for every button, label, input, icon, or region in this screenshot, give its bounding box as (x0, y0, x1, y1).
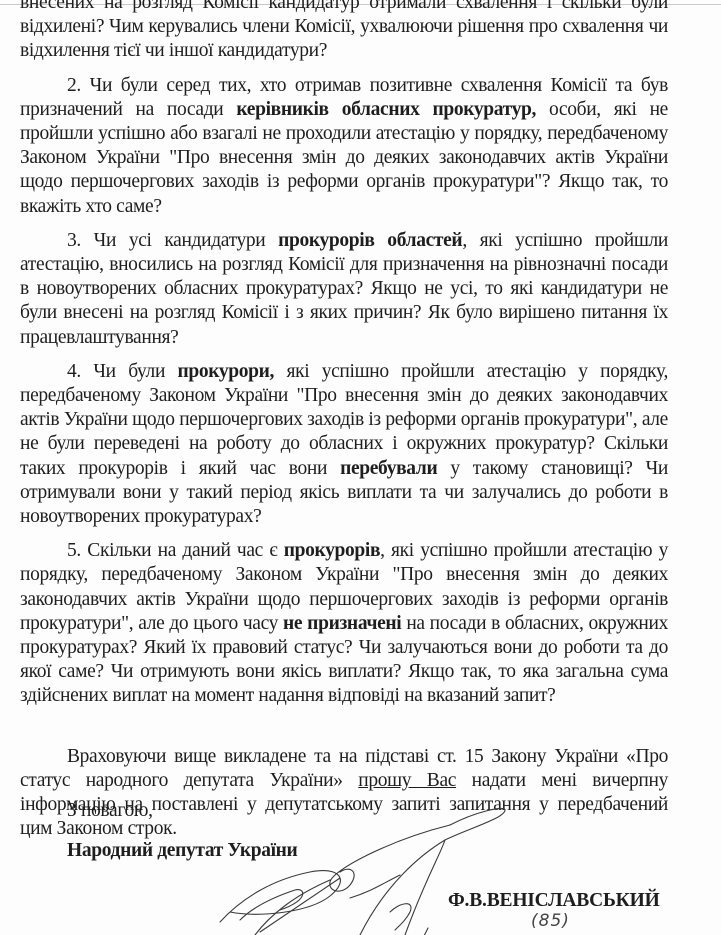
document-body: внесених на розгляд Комісії кандидатур о… (20, 0, 668, 842)
paragraph-question-4: 4. Чи були прокурори, які успішно пройшл… (20, 360, 668, 529)
underlined-request: прошу Вас (358, 770, 456, 791)
paragraph-text: 3. Чи усі кандидатури (67, 230, 278, 251)
paragraph-text: внесених на розгляд Комісії кандидатур о… (20, 0, 668, 61)
paragraph-1-continued: внесених на розгляд Комісії кандидатур о… (20, 0, 668, 64)
bold-emphasis: прокурори, (177, 361, 274, 382)
paragraph-question-3: 3. Чи усі кандидатури прокурорів областе… (20, 229, 668, 350)
closing-salutation: З повагою, (67, 800, 153, 822)
bold-emphasis: прокурорів областей (278, 230, 462, 251)
paragraph-text: 4. Чи були (67, 361, 177, 382)
paragraph-question-2: 2. Чи були серед тих, хто отримав позити… (20, 74, 668, 219)
handwritten-number: (85) (531, 911, 570, 931)
signatory-name: Ф.В.ВЕНІСЛАВСЬКИЙ (448, 890, 660, 912)
bold-emphasis: керівників обласних прокуратур, (236, 99, 536, 120)
paragraph-text: 5. Скільки на даний час є (67, 540, 284, 561)
paragraph-question-5: 5. Скільки на даний час є прокурорів, як… (20, 539, 668, 708)
bold-emphasis: прокурорів (284, 540, 380, 561)
bold-emphasis: не призначені (283, 613, 401, 634)
bold-emphasis: перебували (340, 458, 437, 479)
handwritten-signature-icon (200, 800, 520, 935)
